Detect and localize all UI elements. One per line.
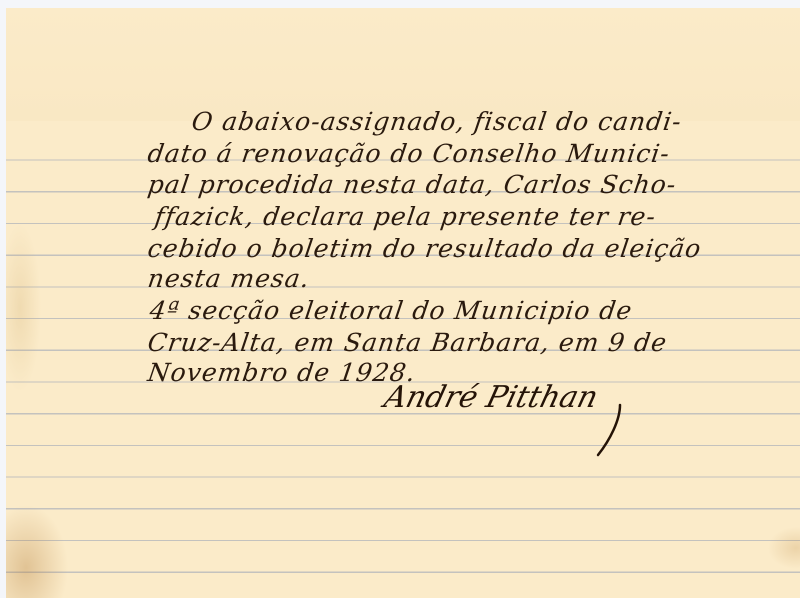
signature: André Pitthan [381, 380, 602, 415]
text-line-9: Novembro de 1928. [146, 358, 418, 387]
text-line-4: ffazick, declara pela presente ter re- [153, 202, 658, 231]
text-line-3: pal procedida nesta data, Carlos Scho- [146, 170, 678, 199]
text-line-1: O abaixo-assignado, fiscal do candi- [190, 107, 684, 136]
signature-flourish-icon [590, 400, 650, 460]
text-line-6: nesta mesa. [146, 264, 312, 293]
text-line-5: cebido o boletim do resultado da eleição [146, 234, 703, 263]
handwritten-text-block: O abaixo-assignado, fiscal do candi- dat… [0, 0, 800, 598]
text-line-7: 4ª secção eleitoral do Municipio de [148, 296, 634, 325]
text-line-8: Cruz-Alta, em Santa Barbara, em 9 de [146, 328, 669, 357]
text-line-2: dato á renovação do Conselho Munici- [146, 139, 672, 168]
